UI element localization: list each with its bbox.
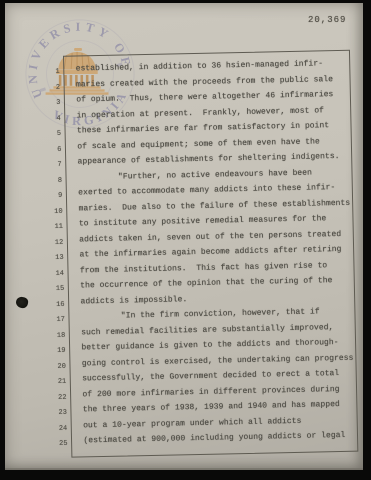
- line-number: 20: [57, 359, 66, 375]
- line-number: 1: [51, 65, 60, 81]
- line-number: 9: [54, 189, 63, 205]
- line-number: 8: [53, 173, 62, 189]
- line-number: 13: [55, 251, 64, 267]
- line-number: 17: [56, 313, 65, 329]
- line-number: 7: [53, 158, 62, 174]
- line-number: 2: [52, 80, 61, 96]
- line-number: 22: [58, 390, 67, 406]
- line-number: 11: [54, 220, 63, 236]
- typewritten-text-box: established, in addition to 36 hsien-man…: [63, 50, 358, 457]
- line-number: 21: [58, 375, 67, 391]
- line-number: 19: [57, 344, 66, 360]
- line-number: 18: [57, 328, 66, 344]
- line-number: 24: [59, 421, 68, 437]
- line-number: 5: [52, 127, 61, 143]
- document-text-block: 1234567891011121314151617181920212223242…: [51, 50, 357, 458]
- line-number: 15: [56, 282, 65, 298]
- line-number: 14: [55, 266, 64, 282]
- line-number: 12: [55, 235, 64, 251]
- line-number: 3: [52, 96, 61, 112]
- line-number: 16: [56, 297, 65, 313]
- line-number: 6: [53, 142, 62, 158]
- line-number: 4: [52, 111, 61, 127]
- line-number: 23: [58, 406, 67, 422]
- ink-blot: [15, 296, 29, 309]
- line-number: 25: [59, 437, 68, 453]
- line-number: 10: [54, 204, 63, 220]
- page-number: 20,369: [308, 15, 346, 25]
- document-page: 20,369 UNIVERSITY OF VIRGINIA: [5, 3, 363, 470]
